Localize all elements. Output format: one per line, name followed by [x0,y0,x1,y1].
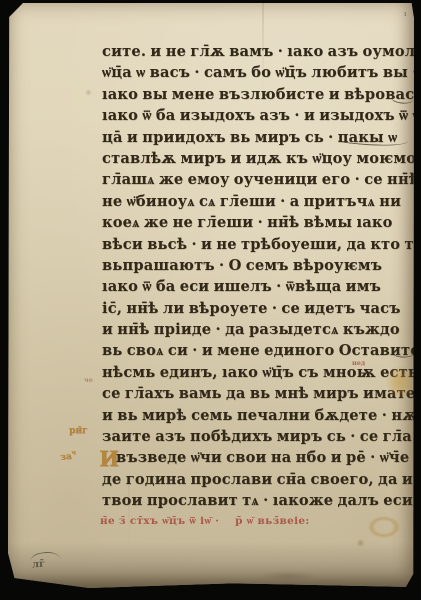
text-line: коеѧ же не гл̄еши · нн̄ѣ вѣмы ıако [102,212,402,233]
text-line: и нн̄ѣ пріиде · да разыдетсѧ къждо [102,319,402,340]
gold-initial-letter: И [99,446,119,471]
parchment-spot [356,539,365,547]
text-line: възведе ѡ̈чи свои на нб̄о и ре̄ · ѡ̈ч̄е … [102,447,402,468]
margin-red-gloss: нед [352,359,365,367]
text-block: сите. и не гл̄ѫ вамъ · ıако азъ оумолѫ ѡ… [102,41,402,512]
text-line: ѡ̈ц̄а ѡ васъ · самъ бо ѡ̈ц̄ъ любитъ вы · [102,62,402,83]
text-line: се гл̄ахъ вамь да вь мнѣ миръ имате· [102,383,402,404]
text-line: сите. и не гл̄ѫ вамъ · ıако азъ оумолѫ [102,41,402,62]
text-line: ıако ѿ б̄а изыдохъ азъ · и изыдохъ ѿ ѡ̈ѡ [102,105,402,126]
zachalo-superscript: ч [71,449,76,456]
text-line: не ѡ̈биноуѧ сѧ гл̄еши · а притъчѧ ни [102,191,402,212]
margin-faint-gloss: че [84,376,93,384]
text-line: ставлѣѫ миръ и идѫ къ ѡ̈цоу моѥмоу· [102,148,402,169]
rubric-reference: р̄ ѡ̈ вьз̄веіе: [235,515,309,527]
text-line: и вь мирѣ семь печални бѫдете · нѫ дрь [102,405,402,426]
margin-zachalo-mark: зач [59,449,76,463]
page-edge-shadow [258,571,318,581]
parchment-ring-stain [368,516,400,538]
text-line: вьпрашаютъ · О семъ вѣроуѥмъ [102,255,402,276]
text-line: заите азъ побѣдихъ миръ сь · се гл̄а іс̄… [102,426,402,447]
text-line: вѣси вьсѣ · и не трѣбоуеши, да кто тѧ [102,234,402,255]
manuscript-page: сите. и не гл̄ѫ вамъ · ıако азъ оумолѫ ѡ… [8,3,414,588]
text-line: гл̄ашѧ же емоу оученици его · се нн̄ѣ [102,169,402,190]
text-line: де година прослави сн̄а своего, да и сн̄… [102,469,402,490]
photo-backdrop: сите. и не гл̄ѫ вамъ · ıако азъ оумолѫ ѡ… [0,0,421,600]
text-line: іс̄, нн̄ѣ ли вѣроуете · се идетъ часъ [102,298,402,319]
rubric-line: н̄е з̄ ст̄хъ ѡ̈ц̄ъ ѿ іѡ̄ ·р̄ ѡ̈ вьз̄веіе… [100,515,310,527]
margin-section-number: рн̄г [69,426,87,436]
text-line: твои прославит тѧ · ıакоже далъ еси [102,490,402,511]
text-line: ıако ѿ б̄а еси ишелъ · ѿвѣща имъ [102,276,402,297]
rubric-heading: н̄е з̄ ст̄хъ ѡ̈ц̄ъ ѿ іѡ̄ · [100,515,219,527]
parchment-spot [85,89,92,96]
text-line: ıако вы мене възлюбисте и вѣровасте [102,84,402,105]
corner-mark: ı [404,9,407,18]
zachalo-base: за [60,452,73,463]
